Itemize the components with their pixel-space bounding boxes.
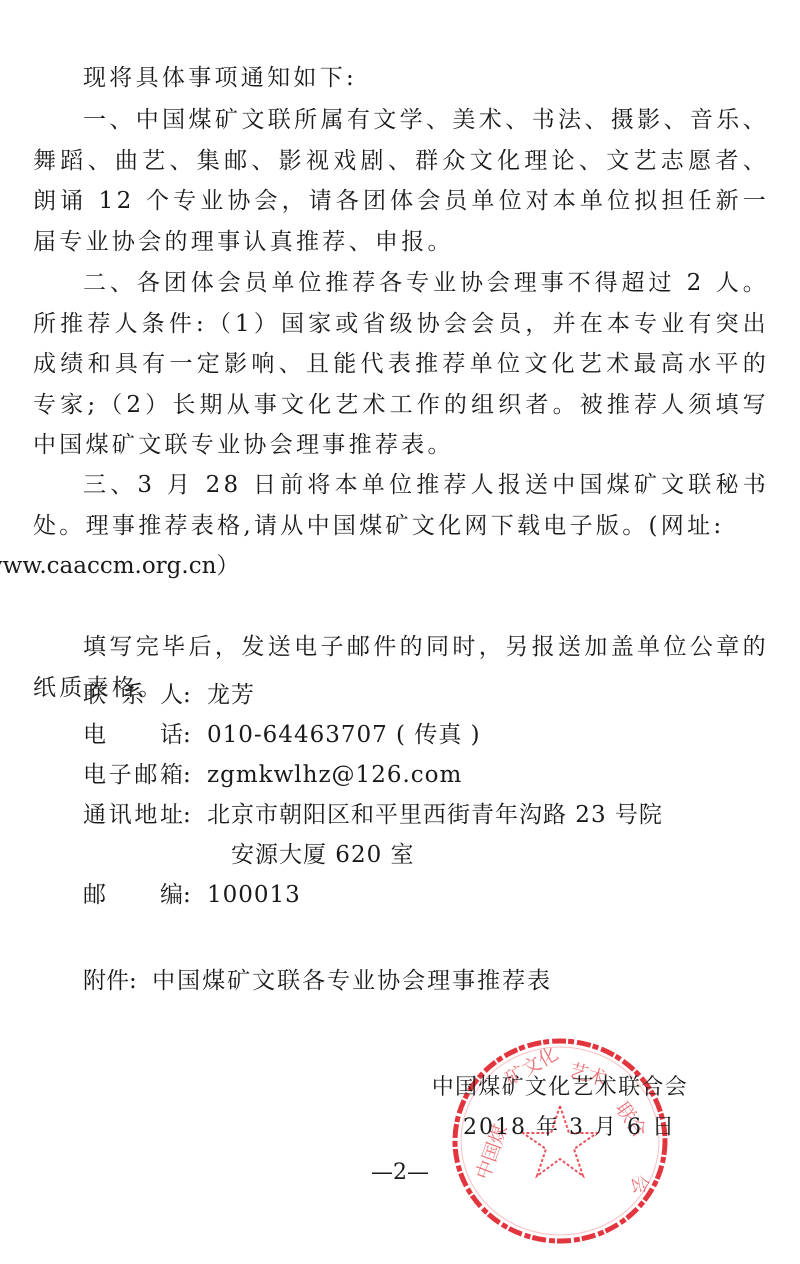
contact-row-person: 联 系 人 : 龙芳 (83, 675, 663, 715)
svg-text:会: 会 (627, 1173, 652, 1196)
signature-date: 2018 年 3 月 6 日 (432, 1108, 688, 1148)
item-3-paragraph: 三、3 月 28 日前将本单位推荐人报送中国煤矿文联秘书处。理事推荐表格,请从中… (33, 472, 769, 539)
contact-label: 电 子 邮 箱 (83, 755, 183, 795)
address-continuation-value: 安源大厦 620 室 (83, 835, 415, 875)
label-char: 邮 (83, 875, 106, 915)
phone-value: 010-64463707 ( 传真 ) (207, 715, 481, 755)
label-char: 箱 (160, 755, 183, 795)
page-number: —2— (0, 1160, 800, 1185)
postcode-value: 100013 (207, 875, 301, 915)
contact-block: 联 系 人 : 龙芳 电 话 : 010-64463707 ( 传真 ) 电 子… (83, 675, 663, 915)
contact-person-value: 龙芳 (207, 675, 255, 715)
signature-organization: 中国煤矿文化艺术联合会 (432, 1068, 688, 1108)
attachment-line: 附件: 中国煤矿文联各专业协会理事推荐表 (83, 962, 552, 995)
colon: : (183, 875, 207, 915)
colon: : (183, 715, 207, 755)
label-char: 址 (160, 795, 183, 835)
document-page: 现将具体事项通知如下: 一、中国煤矿文联所属有文学、美术、书法、摄影、音乐、舞蹈… (0, 0, 800, 1264)
item-1-paragraph: 一、中国煤矿文联所属有文学、美术、书法、摄影、音乐、舞蹈、曲艺、集邮、影视戏剧、… (33, 100, 769, 262)
contact-label: 通 讯 地 址 (83, 795, 183, 835)
contact-row-phone: 电 话 : 010-64463707 ( 传真 ) (83, 715, 663, 755)
attachment-label: 附件: (83, 968, 137, 994)
label-char: 电 (83, 755, 106, 795)
item-3-block: 三、3 月 28 日前将本单位推荐人报送中国煤矿文联秘书处。理事推荐表格,请从中… (33, 465, 769, 587)
colon: : (183, 795, 207, 835)
label-char: 编 (160, 875, 183, 915)
label-char: 话 (160, 715, 183, 755)
attachment-value: 中国煤矿文联各专业协会理事推荐表 (152, 968, 552, 994)
intro-paragraph: 现将具体事项通知如下: (33, 58, 769, 99)
contact-row-email: 电 子 邮 箱 : zgmkwlhz@126.com (83, 755, 663, 795)
website-url: www.caaccm.org.cn） (33, 546, 769, 587)
colon: : (183, 675, 207, 715)
label-char: 通 (83, 795, 106, 835)
label-char: 子 (109, 755, 132, 795)
label-char: 地 (134, 795, 157, 835)
email-value: zgmkwlhz@126.com (207, 755, 462, 795)
item-2-paragraph: 二、各团体会员单位推荐各专业协会理事不得超过 2 人。所推荐人条件:（1）国家或… (33, 263, 769, 466)
label-char: 邮 (134, 755, 157, 795)
contact-row-address: 通 讯 地 址 : 北京市朝阳区和平里西街青年沟路 23 号院 (83, 795, 663, 835)
colon: : (183, 755, 207, 795)
contact-label: 联 系 人 (83, 675, 183, 715)
label-char: 讯 (109, 795, 132, 835)
label-char: 联 (83, 675, 106, 715)
address-value: 北京市朝阳区和平里西街青年沟路 23 号院 (207, 795, 663, 835)
label-char: 电 (83, 715, 106, 755)
contact-label: 邮 编 (83, 875, 183, 915)
signature-block: 中国煤矿文化艺术联合会 2018 年 3 月 6 日 (432, 1068, 688, 1148)
contact-label: 电 话 (83, 715, 183, 755)
contact-row-address-cont: 安源大厦 620 室 (83, 835, 663, 875)
website-url-text: www.caaccm.org.cn） (0, 553, 239, 579)
label-char: 人 (160, 675, 183, 715)
label-char: 系 (122, 675, 145, 715)
contact-row-postcode: 邮 编 : 100013 (83, 875, 663, 915)
